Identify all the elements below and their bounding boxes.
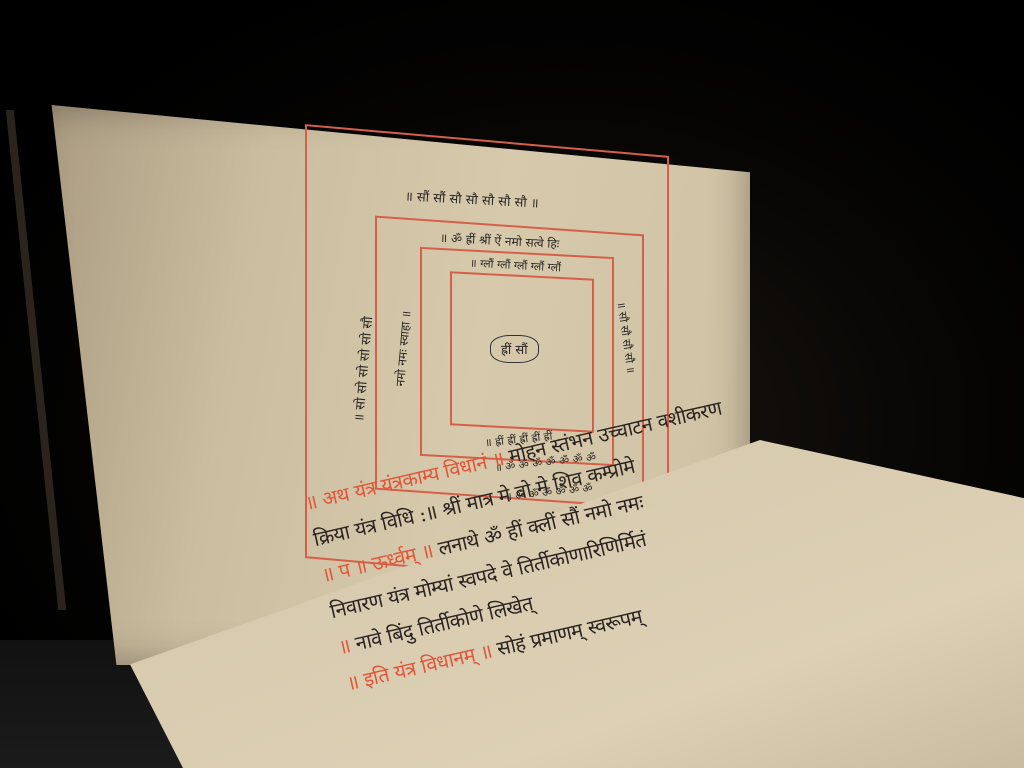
mantra-center-bija: ह्रीं सौं xyxy=(490,335,539,363)
